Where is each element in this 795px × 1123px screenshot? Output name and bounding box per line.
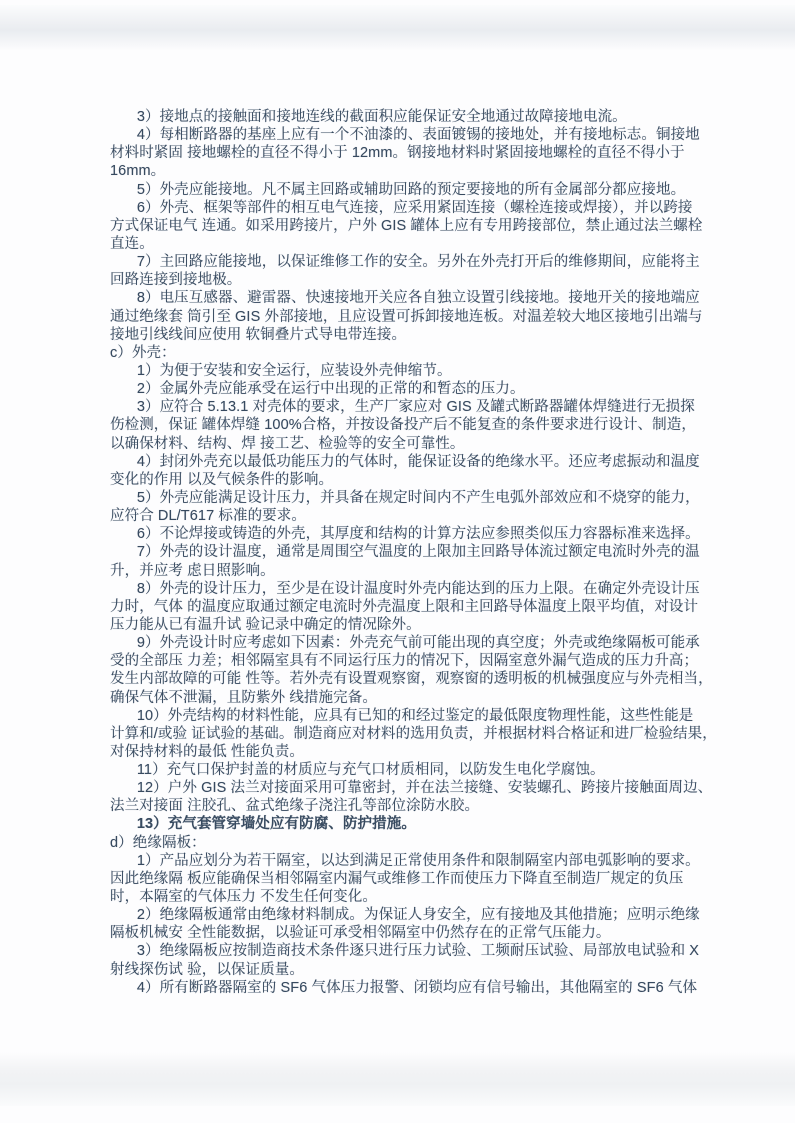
text-line: 5）外壳应能接地。凡不属主回路或辅助回路的预定要接地的所有金属部分都应接地。 [110, 181, 722, 199]
text-line: 材料时紧固 接地螺栓的直径不得小于 12mm。钢接地材料时紧固接地螺栓的直径不得… [110, 144, 722, 162]
document-page: 3）接地点的接触面和接地连线的截面积应能保证安全地通过故障接地电流。4）每相断路… [0, 0, 795, 1123]
text-line: 接地引线线间应使用 软铜叠片式导电带连接。 [110, 326, 722, 344]
text-line: 以确保材料、结构、焊 接工艺、检验等的安全可靠性。 [110, 435, 722, 453]
text-line: 13）充气套管穿墙处应有防腐、防护措施。 [110, 815, 722, 833]
text-line: 16mm。 [110, 162, 722, 180]
text-line: 升，并应考 虑日照影响。 [110, 562, 722, 580]
text-line: 8）电压互感器、避雷器、快速接地开关应各自独立设置引线接地。接地开关的接地端应 [110, 289, 722, 307]
text-line: 计算和/或验 证试验的基础。制造商应对材料的选用负责，并根据材料合格证和进厂检验… [110, 725, 722, 743]
text-line: 射线探伤试 验，以保证质量。 [110, 961, 722, 979]
text-line: 通过绝缘套 筒引至 GIS 外部接地，且应设置可拆卸接地连板。对温差较大地区接地… [110, 308, 722, 326]
text-line: 3）应符合 5.13.1 对壳体的要求，生产厂家应对 GIS 及罐式断路器罐体焊… [110, 398, 722, 416]
text-line: 9）外壳设计时应考虑如下因素：外壳充气前可能出现的真空度；外壳或绝缘隔板可能承 [110, 634, 722, 652]
text-line: 7）外壳的设计温度，通常是周围空气温度的上限加主回路导体流过额定电流时外壳的温 [110, 543, 722, 561]
scan-shading-top [0, 5, 795, 51]
text-line: 2）绝缘隔板通常由绝缘材料制成。为保证人身安全，应有接地及其他措施；应明示绝缘 [110, 906, 722, 924]
text-line: 受的全部压 力差；相邻隔室具有不同运行压力的情况下，因隔室意外漏气造成的压力升高… [110, 652, 722, 670]
text-line: 12）户外 GIS 法兰对接面采用可靠密封，并在法兰接缝、安装螺孔、跨接片接触面… [110, 779, 722, 797]
text-line: 3）接地点的接触面和接地连线的截面积应能保证安全地通过故障接地电流。 [110, 108, 722, 126]
text-line: 因此绝缘隔 板应能确保当相邻隔室内漏气或维修工作而使压力下降直至制造厂规定的负压 [110, 870, 722, 888]
text-line: 确保气体不泄漏，且防紫外 线措施完备。 [110, 689, 722, 707]
document-body: 3）接地点的接触面和接地连线的截面积应能保证安全地通过故障接地电流。4）每相断路… [110, 108, 722, 997]
text-line: 压力能从已有温升试 验记录中确定的情况除外。 [110, 616, 722, 634]
text-line: 4）所有断路器隔室的 SF6 气体压力报警、闭锁均应有信号输出，其他隔室的 SF… [110, 979, 722, 997]
text-line: 伤检测，保证 罐体焊缝 100%合格，并按设备投产后不能复查的条件要求进行设计、… [110, 416, 722, 434]
scan-shading-bottom [0, 1052, 795, 1106]
text-line: 1）为便于安装和安全运行，应装设外壳伸缩节。 [110, 362, 722, 380]
text-line: 11）充气口保护封盖的材质应与充气口材质相同，以防发生电化学腐蚀。 [110, 761, 722, 779]
text-line: 直连。 [110, 235, 722, 253]
text-line: 6）不论焊接或铸造的外壳，其厚度和结构的计算方法应参照类似压力容器标准来选择。 [110, 525, 722, 543]
text-line: 方式保证电气 连通。如采用跨接片，户外 GIS 罐体上应有专用跨接部位，禁止通过… [110, 217, 722, 235]
text-line: 法兰对接面 注胶孔、盆式绝缘子浇注孔等部位涂防水胶。 [110, 797, 722, 815]
text-line: 10）外壳结构的材料性能，应具有已知的和经过鉴定的最低限度物理性能，这些性能是 [110, 707, 722, 725]
text-line: 变化的作用 以及气候条件的影响。 [110, 471, 722, 489]
text-line: c）外壳： [110, 344, 722, 362]
text-line: 应符合 DL/T617 标准的要求。 [110, 507, 722, 525]
text-line: 隔板机械安 全性能数据，以验证可承受相邻隔室中仍然存在的正常气压能力。 [110, 924, 722, 942]
text-line: 1）产品应划分为若干隔室，以达到满足正常使用条件和限制隔室内部电弧影响的要求。 [110, 852, 722, 870]
text-line: 6）外壳、框架等部件的相互电气连接，应采用紧固连接（螺栓连接或焊接），并以跨接 [110, 199, 722, 217]
text-line: 力时，气体 的温度应取通过额定电流时外壳温度上限和主回路导体温度上限平均值，对设… [110, 598, 722, 616]
text-line: 对保持材料的最低 性能负责。 [110, 743, 722, 761]
text-line: 8）外壳的设计压力，至少是在设计温度时外壳内能达到的压力上限。在确定外壳设计压 [110, 580, 722, 598]
text-line: 发生内部故障的可能 性等。若外壳有设置观察窗，观察窗的透明板的机械强度应与外壳相… [110, 670, 722, 688]
text-line: 3）绝缘隔板应按制造商技术条件逐只进行压力试验、工频耐压试验、局部放电试验和 X [110, 942, 722, 960]
text-line: 4）每相断路器的基座上应有一个不油漆的、表面镀锡的接地处，并有接地标志。铜接地 [110, 126, 722, 144]
text-line: 时，本隔室的气体压力 不发生任何变化。 [110, 888, 722, 906]
text-line: 2）金属外壳应能承受在运行中出现的正常的和暂态的压力。 [110, 380, 722, 398]
text-line: 回路连接到接地极。 [110, 271, 722, 289]
text-line: 7）主回路应能接地，以保证维修工作的安全。另外在外壳打开后的维修期间，应能将主 [110, 253, 722, 271]
text-line: d）绝缘隔板： [110, 834, 722, 852]
text-line: 4）封闭外壳充以最低功能压力的气体时，能保证设备的绝缘水平。还应考虑振动和温度 [110, 453, 722, 471]
text-line: 5）外壳应能满足设计压力，并具备在规定时间内不产生电弧外部效应和不烧穿的能力， [110, 489, 722, 507]
